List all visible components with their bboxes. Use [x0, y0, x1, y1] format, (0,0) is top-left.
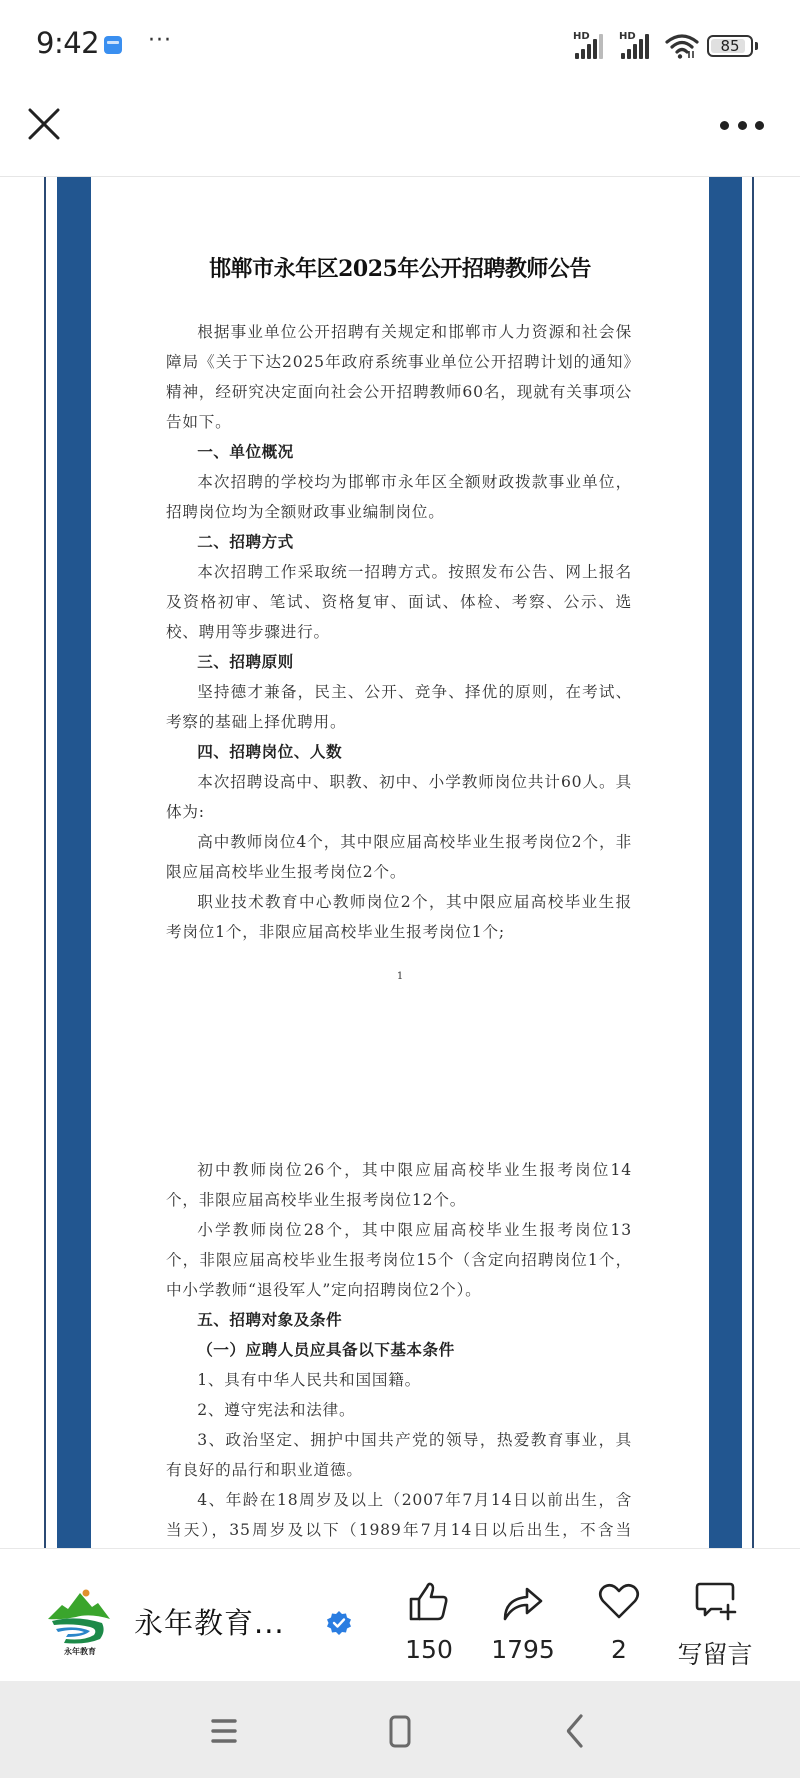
list-item: 4、年龄在18周岁及以上（2007年7月14日以前出生，含当天），35周岁及以下… [166, 1485, 632, 1548]
document-title: 邯郸市永年区2025年公开招聘教师公告 [91, 252, 709, 283]
share-button[interactable]: 1795 [478, 1579, 568, 1664]
favorite-button[interactable]: 2 [574, 1579, 664, 1664]
svg-text:永年教育: 永年教育 [64, 1646, 96, 1656]
document-page-2: 初中教师岗位26个，其中限应届高校毕业生报考岗位14个，非限应届高校毕业生报考岗… [91, 1057, 709, 1548]
article-action-bar: 永年教育 永年教育... 150 1795 2 写留言 [0, 1548, 800, 1681]
signal-icon: HD [573, 33, 611, 59]
paragraph: 坚持德才兼备，民主、公开、竞争、择优的原则，在考试、考察的基础上择优聘用。 [166, 677, 632, 737]
status-icons: HD HD 85 [573, 32, 758, 60]
paragraph: 小学教师岗位28个，其中限应届高校毕业生报考岗位13个，非限应届高校毕业生报考岗… [166, 1215, 632, 1305]
write-comment-button[interactable]: 写留言 [670, 1579, 760, 1671]
dot-icon [755, 121, 764, 130]
menu-icon[interactable] [204, 1711, 244, 1751]
account-name[interactable]: 永年教育... [134, 1601, 285, 1642]
battery-icon: 85 [707, 35, 753, 57]
signal-icon: HD [619, 33, 657, 59]
document-body: 根据事业单位公开招聘有关规定和邯郸市人力资源和社会保障局《关于下达2025年政府… [166, 317, 632, 947]
share-arrow-icon [501, 1579, 545, 1623]
section-heading: 二、招聘方式 [166, 527, 632, 557]
message-app-icon [104, 36, 122, 54]
paragraph: 高中教师岗位4个，其中限应届高校毕业生报考岗位2个，非限应届高校毕业生报考岗位2… [166, 827, 632, 887]
share-count: 1795 [478, 1635, 568, 1664]
like-count: 150 [384, 1635, 474, 1664]
battery-tip [755, 42, 758, 50]
status-bar: 9:42 ··· HD HD 85 [0, 0, 800, 90]
account-logo[interactable]: 永年教育 [46, 1587, 114, 1657]
signal-hd-label: HD [619, 31, 636, 42]
dot-icon [738, 121, 747, 130]
list-item: 1、具有中华人民共和国国籍。 [166, 1365, 632, 1395]
home-icon[interactable] [380, 1711, 420, 1751]
frame-line-right [752, 177, 754, 1548]
wifi-icon [665, 33, 699, 59]
frame-line-left [44, 177, 46, 1548]
verified-badge-icon [326, 1610, 352, 1636]
section-heading: 一、单位概况 [166, 437, 632, 467]
status-time: 9:42 [36, 26, 99, 60]
system-nav-bar [0, 1681, 800, 1778]
like-button[interactable]: 150 [384, 1579, 474, 1664]
paragraph: 本次招聘工作采取统一招聘方式。按照发布公告、网上报名及资格初审、笔试、资格复审、… [166, 557, 632, 647]
more-options-button[interactable] [720, 118, 764, 132]
paragraph: 本次招聘的学校均为邯郸市永年区全额财政拨款事业单位，招聘岗位均为全额财政事业编制… [166, 467, 632, 527]
section-heading: 五、招聘对象及条件 [166, 1305, 632, 1335]
paragraph: 职业技术教育中心教师岗位2个，其中限应届高校毕业生报考岗位1个，非限应届高校毕业… [166, 887, 632, 947]
dot-icon [720, 121, 729, 130]
top-app-bar [0, 90, 800, 177]
section-heading: 三、招聘原则 [166, 647, 632, 677]
subsection-heading: （一）应聘人员应具备以下基本条件 [166, 1335, 632, 1365]
thumbs-up-icon [407, 1579, 451, 1623]
close-icon[interactable] [24, 104, 64, 144]
paragraph: 初中教师岗位26个，其中限应届高校毕业生报考岗位14个，非限应届高校毕业生报考岗… [166, 1155, 632, 1215]
document-body: 初中教师岗位26个，其中限应届高校毕业生报考岗位14个，非限应届高校毕业生报考岗… [166, 1155, 632, 1548]
intro-paragraph: 根据事业单位公开招聘有关规定和邯郸市人力资源和社会保障局《关于下达2025年政府… [166, 317, 632, 437]
heart-icon [597, 1579, 641, 1623]
list-item: 3、政治坚定、拥护中国共产党的领导，热爱教育事业，具有良好的品行和职业道德。 [166, 1425, 632, 1485]
paragraph: 本次招聘设高中、职教、初中、小学教师岗位共计60人。具体为: [166, 767, 632, 827]
section-heading: 四、招聘岗位、人数 [166, 737, 632, 767]
battery-level: 85 [720, 37, 739, 55]
status-overflow-dots: ··· [148, 28, 172, 53]
list-item: 2、遵守宪法和法律。 [166, 1395, 632, 1425]
back-icon[interactable] [556, 1711, 596, 1751]
page-number: 1 [91, 971, 709, 982]
add-comment-icon [693, 1579, 737, 1623]
signal-hd-label: HD [573, 31, 590, 42]
favorite-count: 2 [574, 1635, 664, 1664]
document-viewer[interactable]: 邯郸市永年区2025年公开招聘教师公告 根据事业单位公开招聘有关规定和邯郸市人力… [0, 177, 800, 1548]
write-comment-label: 写留言 [670, 1635, 760, 1671]
